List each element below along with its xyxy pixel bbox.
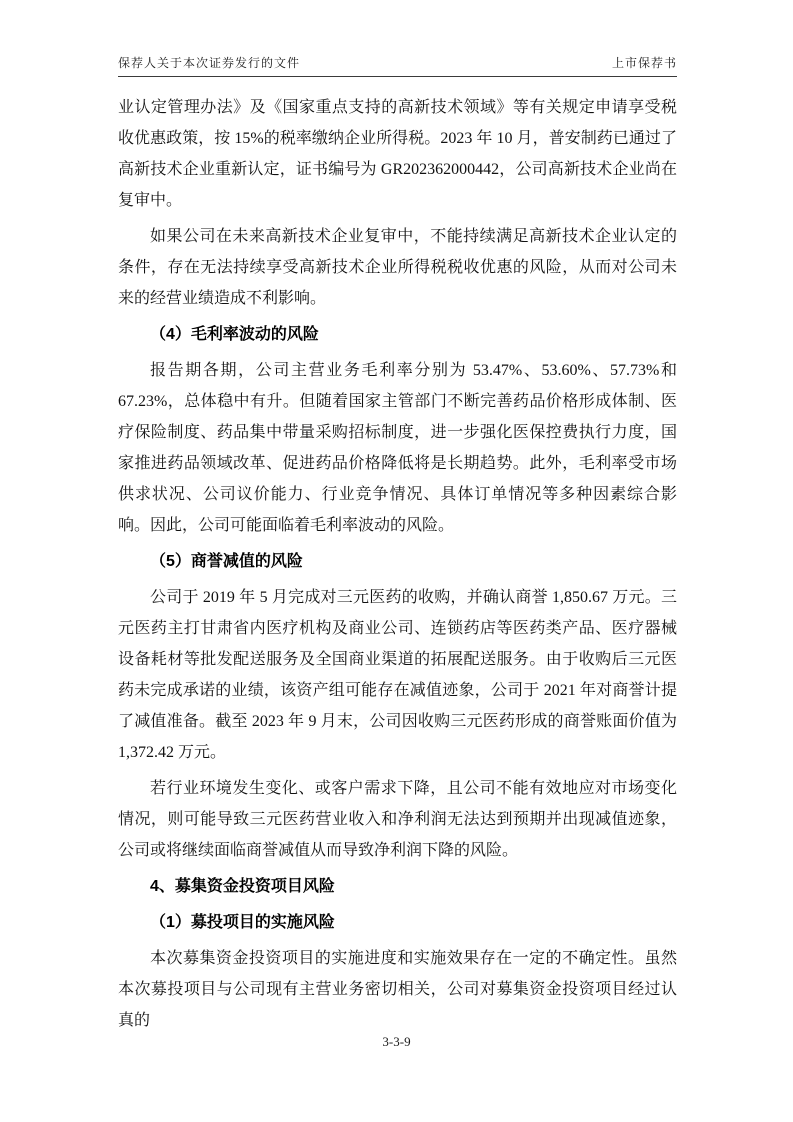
page-footer: 3-3-9 (0, 1034, 793, 1050)
paragraph-project-implementation-detail: 本次募集资金投资项目的实施进度和实施效果存在一定的不确定性。虽然本次募投项目与公… (118, 943, 677, 1036)
paragraph-tax-policy-continuation: 业认定管理办法》及《国家重点支持的高新技术领域》等有关规定申请享受税收优惠政策，… (118, 92, 677, 216)
header-left-title: 保荐人关于本次证券发行的文件 (118, 54, 300, 71)
paragraph-goodwill-detail: 公司于 2019 年 5 月完成对三元医药的收购，并确认商誉 1,850.67 … (118, 582, 677, 768)
heading-fundraising-project-risk: 4、募集资金投资项目风险 (118, 871, 677, 902)
heading-goodwill-impairment-risk: （5）商誉减值的风险 (118, 546, 677, 577)
page-number: 3-3-9 (382, 1034, 410, 1049)
paragraph-hnte-review-risk: 如果公司在未来高新技术企业复审中，不能持续满足高新技术企业认定的条件，存在无法持… (118, 221, 677, 314)
running-header: 保荐人关于本次证券发行的文件 上市保荐书 (118, 54, 677, 77)
header-right-title: 上市保荐书 (612, 54, 677, 71)
paragraph-goodwill-future-risk: 若行业环境发生变化、或客户需求下降，且公司不能有效地应对市场变化情况，则可能导致… (118, 773, 677, 866)
paragraph-gross-margin-detail: 报告期各期，公司主营业务毛利率分别为 53.47%、53.60%、57.73%和… (118, 355, 677, 541)
document-page: 保荐人关于本次证券发行的文件 上市保荐书 业认定管理办法》及《国家重点支持的高新… (0, 0, 793, 1122)
heading-gross-margin-risk: （4）毛利率波动的风险 (118, 319, 677, 350)
document-body: 业认定管理办法》及《国家重点支持的高新技术领域》等有关规定申请享受税收优惠政策，… (118, 92, 677, 1041)
heading-project-implementation-risk: （1）募投项目的实施风险 (118, 907, 677, 938)
